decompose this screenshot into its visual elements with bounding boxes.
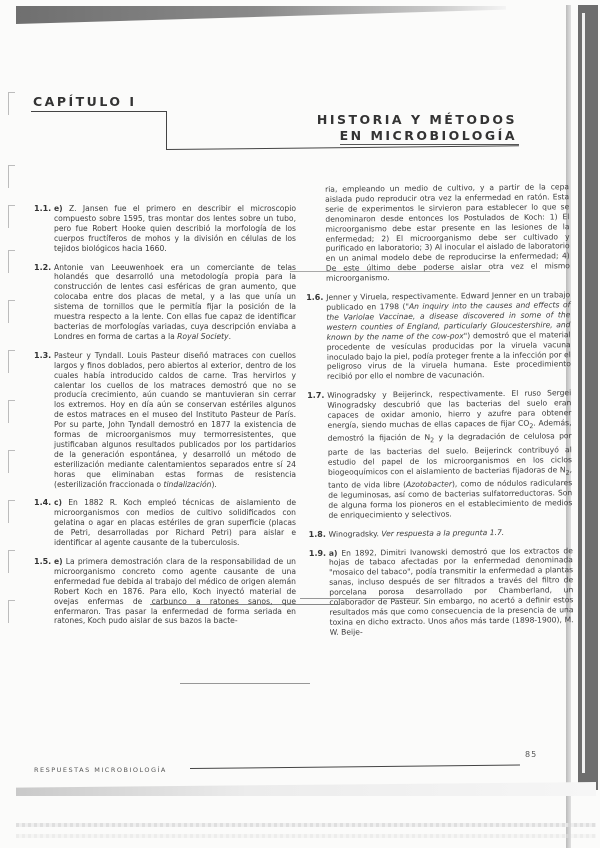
scan-artifact-line	[300, 598, 420, 599]
answer-text: ria, empleando un medio de cultivo, y a …	[325, 182, 570, 283]
scan-artifact-band	[16, 823, 596, 827]
binding-mark	[8, 300, 15, 323]
binding-mark	[8, 500, 15, 523]
answer-1-8: 1.8. Winogradsky. Ver respuesta a la pre…	[309, 527, 573, 540]
scan-shadow-top	[16, 6, 506, 24]
answer-option: e)	[54, 204, 63, 213]
answer-option: a)	[329, 548, 338, 557]
title-underline	[340, 144, 519, 145]
footer-rule	[190, 765, 520, 769]
binding-mark	[8, 400, 15, 423]
answer-1-9: 1.9. a) En 1892, Dimitri Ivanowski demos…	[309, 546, 574, 638]
answer-text: En 1882 R. Koch empleó técnicas de aisla…	[54, 498, 296, 547]
answer-option: e)	[54, 557, 63, 566]
binding-mark	[8, 450, 15, 473]
answer-text: Z. Jansen fue el primero en describir el…	[54, 204, 296, 253]
page-number: 85	[525, 750, 537, 759]
left-column: 1.1. e) Z. Jansen fue el primero en desc…	[34, 204, 296, 635]
chapter-title-line2: EN MICROBIOLOGÍA	[340, 128, 517, 143]
answer-text: Antonie van Leeuwenhoek era un comercian…	[54, 263, 296, 341]
question-number: 1.6.	[306, 293, 323, 303]
answer-text: .	[229, 332, 231, 341]
answer-1-3: 1.3. Pasteur y Tyndall. Louis Pasteur di…	[34, 351, 296, 490]
question-number: 1.4.	[34, 498, 51, 508]
answer-text: Pasteur y Tyndall. Louis Pasteur diseñó …	[54, 351, 296, 489]
question-number: 1.1.	[34, 204, 51, 214]
answer-italic: tindalización	[163, 480, 211, 489]
answer-1-1: 1.1. e) Z. Jansen fue el primero en desc…	[34, 204, 296, 254]
chapter-rule	[31, 111, 167, 112]
scan-artifact-band	[16, 834, 596, 838]
question-number: 1.7.	[307, 391, 324, 401]
binding-mark	[8, 92, 15, 115]
answer-italic: Azotobacter	[406, 479, 452, 488]
scan-artifact-line	[150, 604, 340, 605]
question-number: 1.2.	[34, 263, 51, 273]
right-column: ria, empleando un medio de cultivo, y a …	[305, 182, 574, 646]
question-number: 1.9.	[309, 548, 326, 558]
binding-mark	[8, 350, 15, 373]
question-number: 1.8.	[309, 529, 326, 539]
question-number: 1.5.	[34, 557, 51, 567]
answer-option: c)	[54, 498, 62, 507]
answer-1-7: 1.7. Winogradsky y Beijerinck, respectiv…	[307, 388, 572, 520]
chapter-rule-vertical	[166, 111, 167, 149]
binding-mark	[8, 550, 15, 573]
chapter-title-line1: HISTORIA Y MÉTODOS	[317, 112, 517, 127]
scan-binding-edge	[578, 5, 598, 790]
scan-shadow-bottom	[16, 782, 596, 796]
answer-text: En 1892, Dimitri Ivanowski demostró que …	[329, 546, 574, 637]
running-footer: RESPUESTAS MICROBIOLOGÍA	[34, 766, 167, 774]
title-rule	[166, 145, 519, 150]
answer-text: Winogradsky.	[329, 529, 382, 539]
binding-mark	[8, 165, 15, 188]
answer-text: ).	[211, 480, 216, 489]
answer-italic: Ver respuesta a la pregunta 1.7.	[381, 528, 504, 538]
chapter-label: CAPÍTULO I	[33, 94, 137, 109]
binding-mark	[8, 250, 15, 273]
scan-artifact-line	[180, 683, 310, 684]
binding-mark	[8, 205, 15, 228]
scan-artifact-line	[290, 271, 490, 272]
binding-mark	[8, 600, 15, 623]
answer-1-2: 1.2. Antonie van Leeuwenhoek era un come…	[34, 263, 296, 342]
answer-1-4: 1.4. c) En 1882 R. Koch empleó técnicas …	[34, 498, 296, 548]
answer-1-5-continued: ria, empleando un medio de cultivo, y a …	[305, 182, 570, 284]
answer-1-5: 1.5. e) La primera demostración clara de…	[34, 557, 296, 626]
answer-italic: Royal Society	[177, 332, 229, 341]
answer-text: La primera demostración clara de la resp…	[54, 557, 296, 625]
answer-1-6: 1.6. Jenner y Viruela, respectivamente. …	[306, 290, 571, 382]
question-number: 1.3.	[34, 351, 51, 361]
